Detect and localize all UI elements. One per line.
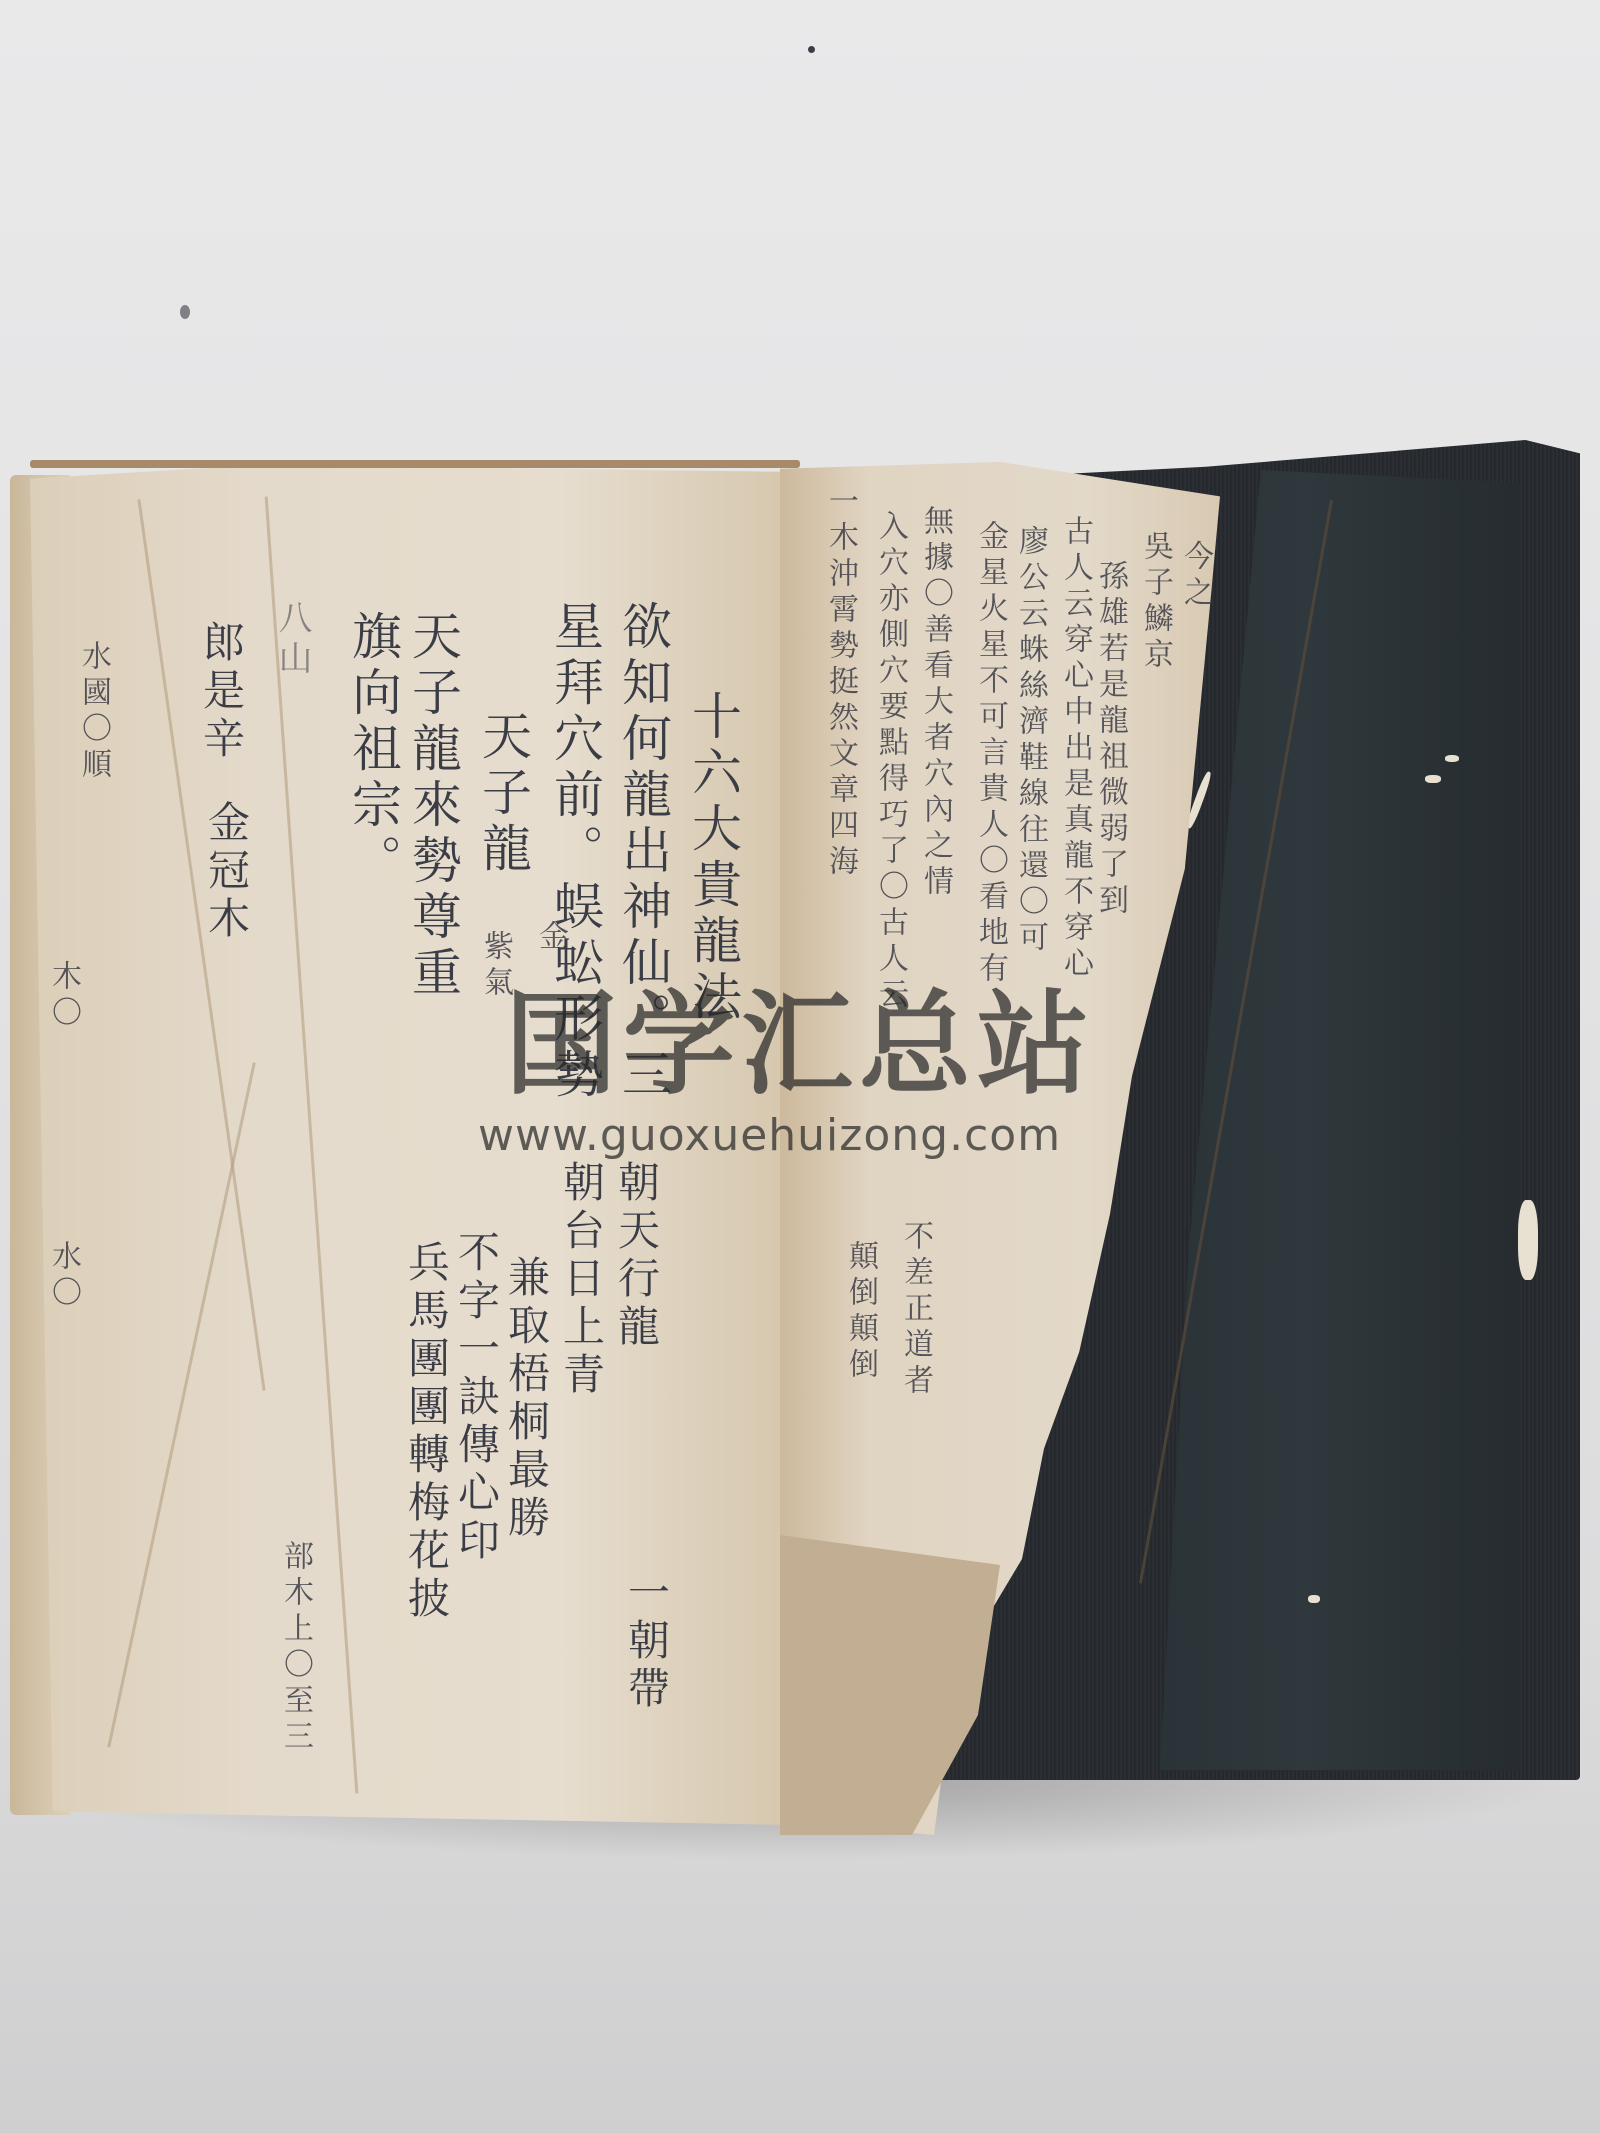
watermark-title: 国学汇总站 [505, 955, 1095, 1116]
lint-fleck [1445, 755, 1459, 762]
dust-speck [180, 305, 190, 319]
lint-fleck [1518, 1200, 1538, 1280]
text-column: 天子龍來勢尊重 [408, 610, 458, 1002]
text-column: 無據〇善看大者穴內之情 [920, 505, 950, 901]
text-column: 今之 [1180, 540, 1210, 612]
stained-page-fragment [780, 1535, 1000, 1835]
text-column: 郎是辛 [200, 620, 242, 764]
text-column: 顛倒顛倒 [845, 1240, 875, 1384]
text-column: 古人云穿心中出是真龍不穿心 [1060, 515, 1090, 983]
text-column: 旗向祖宗。 [348, 610, 398, 890]
text-column: 一朝帶 [625, 1570, 667, 1714]
text-column: 不差正道者 [900, 1220, 930, 1400]
text-column: 水國〇順 [78, 640, 108, 784]
text-column: 天子龍 [478, 710, 528, 878]
text-column: 金星火星不可言貴人〇看地有 [975, 520, 1005, 988]
text-column: 朝天行龍 [615, 1160, 657, 1352]
watermark-url: www.guoxuehuizong.com [478, 1110, 1061, 1161]
text-column: 朝台日上青 [560, 1160, 602, 1400]
text-column: 兼取梧桐最勝 [505, 1255, 547, 1543]
text-column: 水〇 [48, 1240, 78, 1312]
text-column: 木〇 [48, 960, 78, 1032]
text-column: 孫雄若是龍祖微弱了到 [1095, 560, 1125, 920]
text-column: 部木上〇至三 [280, 1540, 310, 1756]
text-column: 不字一訣傳心印 [455, 1230, 497, 1566]
text-column: 一木沖霄勢挺然文章四海 [825, 485, 855, 881]
text-column: 兵馬團團轉梅花披 [405, 1240, 447, 1624]
text-column: 廖公云蛛絲濟鞋線往還〇可 [1015, 525, 1045, 957]
page-top-edge [30, 460, 800, 468]
annotation-text: 金 [535, 920, 565, 956]
dust-speck [808, 46, 815, 53]
text-column: 八山 [275, 600, 309, 680]
lint-fleck [1308, 1595, 1320, 1603]
lint-fleck [1425, 775, 1441, 783]
text-column: 入穴亦側穴要點得巧了〇古人云 [875, 510, 905, 1014]
text-column: 金冠木 [205, 800, 247, 944]
text-column: 吳子鱗京 [1140, 530, 1170, 674]
